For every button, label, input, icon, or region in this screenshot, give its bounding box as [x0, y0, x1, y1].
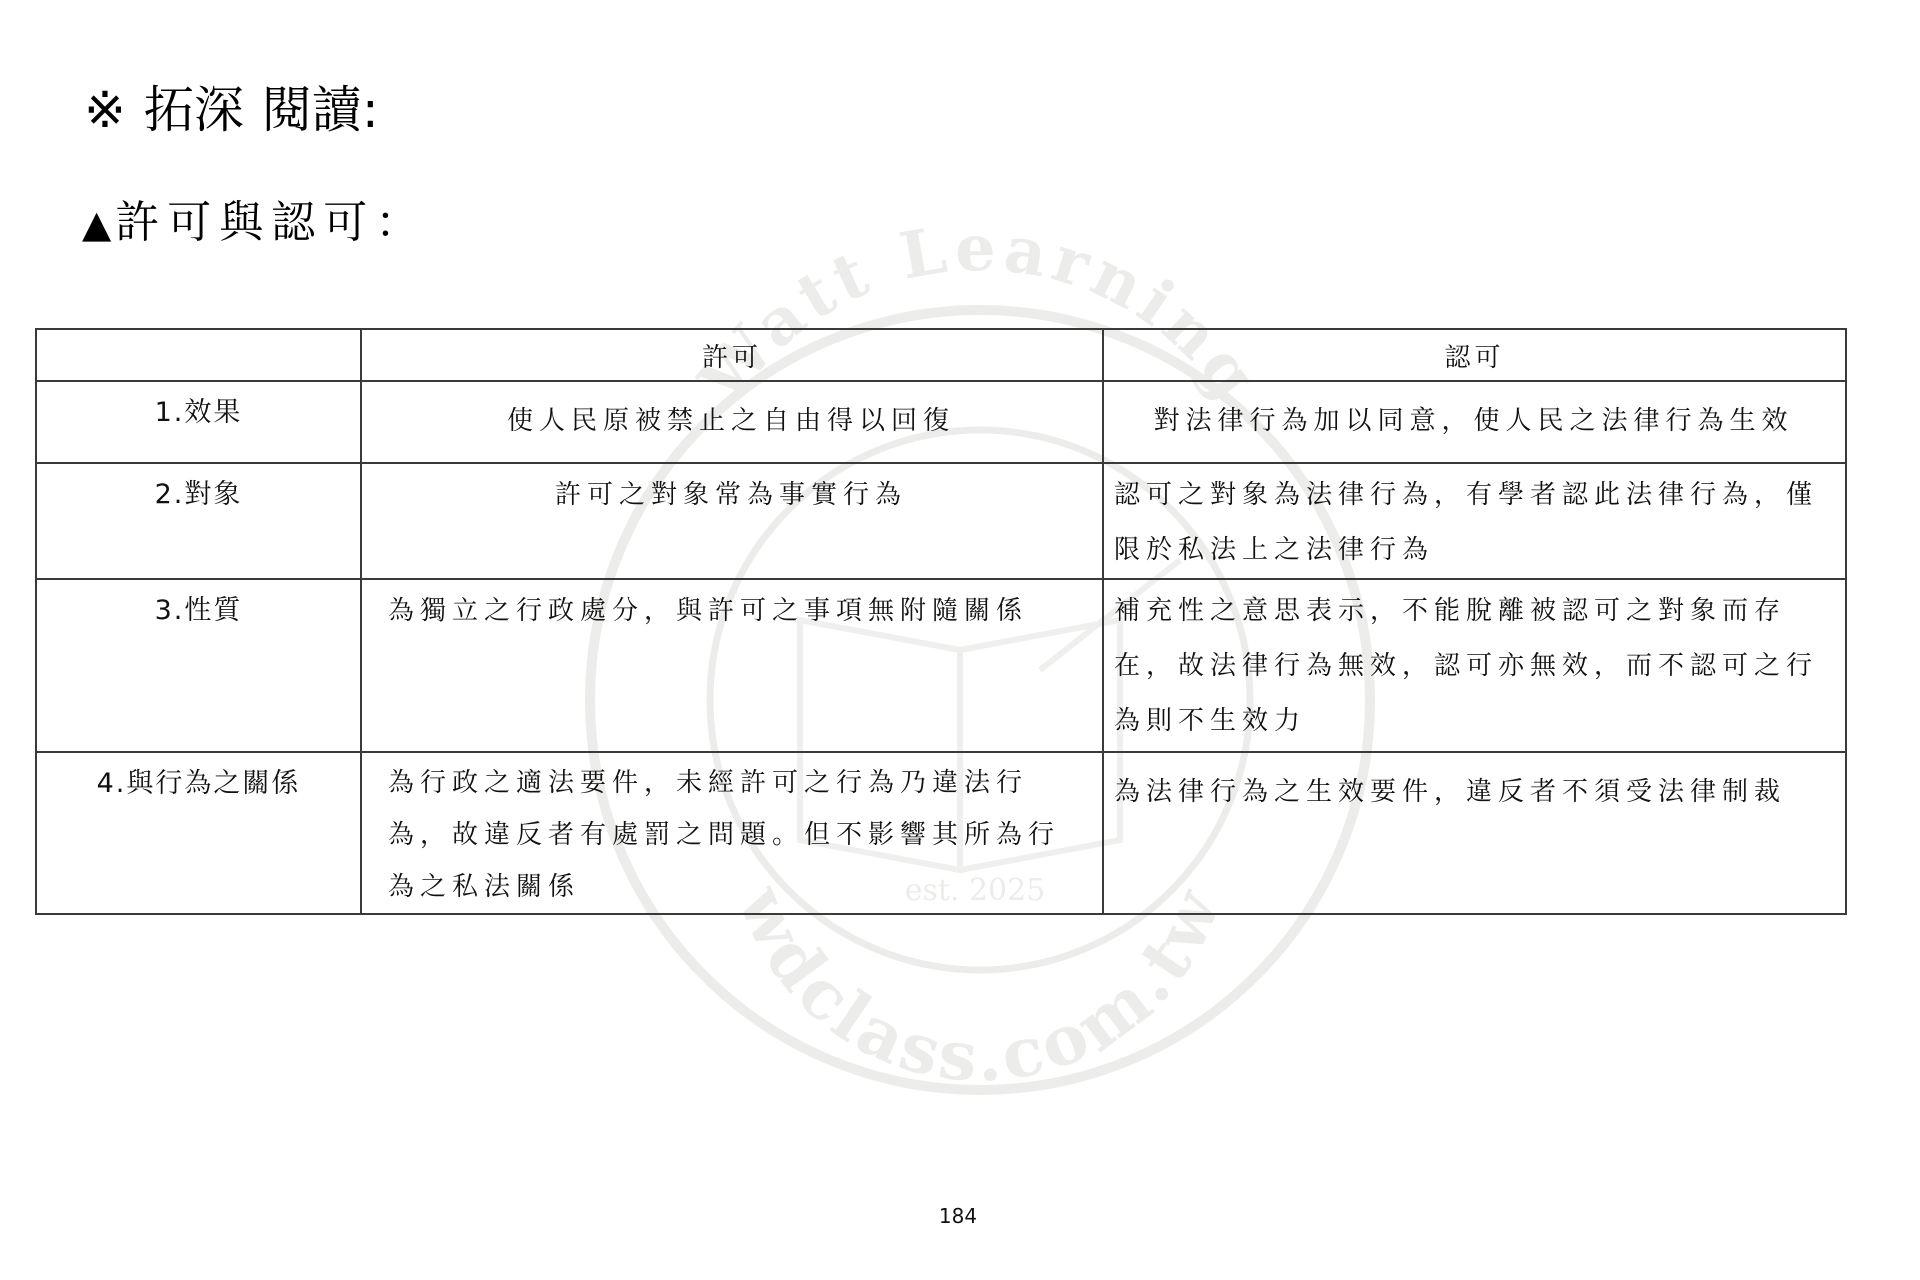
triangle-icon: ▲	[82, 202, 111, 246]
comparison-table: 許可 認可 1.效果 使人民原被禁止之自由得以回復 對法律行為加以同意，使人民之…	[35, 328, 1847, 915]
table-header-row: 許可 認可	[36, 329, 1846, 381]
permission-cell: 為獨立之行政處分，與許可之事項無附隨關係	[361, 579, 1103, 752]
subsection-heading: ▲許可與認可：	[82, 196, 427, 251]
table-row: 2.對象 許可之對象常為事實行為 認可之對象為法律行為，有學者認此法律行為，僅限…	[36, 463, 1846, 579]
row-label: 4.與行為之關係	[36, 752, 361, 914]
heading-word-2: 閱讀:	[262, 81, 379, 139]
permission-cell: 使人民原被禁止之自由得以回復	[361, 381, 1103, 463]
section-heading: ※拓深閱讀:	[84, 80, 379, 140]
page-number: 184	[938, 1204, 978, 1228]
approval-cell: 認可之對象為法律行為，有學者認此法律行為，僅限於私法上之法律行為	[1103, 463, 1846, 579]
row-label: 2.對象	[36, 463, 361, 579]
approval-cell: 為法律行為之生效要件，違反者不須受法律制裁	[1103, 752, 1846, 914]
header-cell-permission: 許可	[361, 329, 1103, 381]
header-cell-approval: 認可	[1103, 329, 1846, 381]
table-row: 3.性質 為獨立之行政處分，與許可之事項無附隨關係 補充性之意思表示，不能脫離被…	[36, 579, 1846, 752]
reference-mark-icon: ※	[84, 80, 126, 140]
row-label: 1.效果	[36, 381, 361, 463]
subsection-heading-text: 許可與認可：	[115, 197, 427, 248]
permission-cell: 許可之對象常為事實行為	[361, 463, 1103, 579]
table-row: 1.效果 使人民原被禁止之自由得以回復 對法律行為加以同意，使人民之法律行為生效	[36, 381, 1846, 463]
header-cell-empty	[36, 329, 361, 381]
permission-cell: 為行政之適法要件，未經許可之行為乃違法行為，故違反者有處罰之問題。但不影響其所為…	[361, 752, 1103, 914]
row-label: 3.性質	[36, 579, 361, 752]
approval-cell: 對法律行為加以同意，使人民之法律行為生效	[1103, 381, 1846, 463]
table-row: 4.與行為之關係 為行政之適法要件，未經許可之行為乃違法行為，故違反者有處罰之問…	[36, 752, 1846, 914]
heading-word-1: 拓深	[144, 81, 244, 139]
approval-cell: 補充性之意思表示，不能脫離被認可之對象而存在，故法律行為無效，認可亦無效，而不認…	[1103, 579, 1846, 752]
